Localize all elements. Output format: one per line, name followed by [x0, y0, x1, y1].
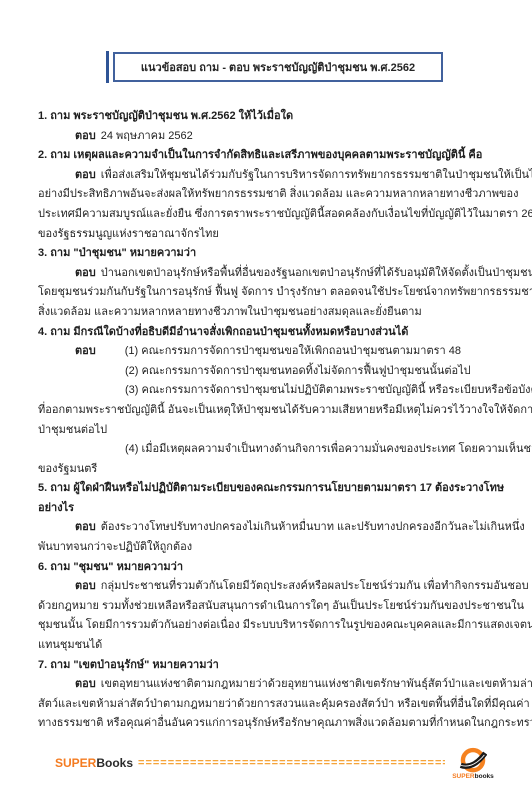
superbooks-logo-text: SUPERbooks: [452, 773, 494, 780]
line-text: ทางธรรมชาติ หรือคุณค่าอื่นอันควรแก่การอน…: [38, 717, 532, 729]
line-text: ด้วยกฎหมาย รวมทั้งช่วยเหลือหรือสนับสนุนก…: [38, 600, 524, 612]
page-footer: SUPERBooks =============================…: [55, 742, 496, 784]
text-line: ตอบต้องระวางโทษปรับทางปกครองไม่เกินห้าหม…: [38, 518, 504, 538]
line-text: ชุมชนนั้น โดยมีการรวมตัวกันอย่างต่อเนื่อ…: [38, 619, 532, 631]
document-title-box: แนวข้อสอบ ถาม - ตอบ พระราชบัญญัติป่าชุมช…: [113, 52, 443, 82]
line-text: 24 พฤษภาคม 2562: [101, 130, 193, 142]
document-page: แนวข้อสอบ ถาม - ตอบ พระราชบัญญัติป่าชุมช…: [0, 0, 532, 798]
answer-label: ตอบ: [75, 169, 96, 181]
document-title: แนวข้อสอบ ถาม - ตอบ พระราชบัญญัติป่าชุมช…: [141, 58, 415, 76]
text-line: ตอบกลุ่มประชาชนที่รวมตัวกันโดยมีวัตถุประ…: [38, 577, 504, 597]
text-line: ตอบเขตอุทยานแห่งชาติตามกฎหมายว่าด้วยอุทย…: [38, 675, 504, 695]
line-text: ของรัฐมนตรี: [38, 463, 97, 475]
document-body: 1. ถาม พระราชบัญญัติป่าชุมชน พ.ศ.2562 ให…: [38, 107, 504, 734]
line-text: 6. ถาม "ชุมชน" หมายความว่า: [38, 561, 183, 573]
footer-separator: ========================================…: [138, 757, 445, 769]
line-text: ประเทศมีความสมบูรณ์และยั่งยืน ซึ่งการตรา…: [38, 208, 532, 220]
text-line: ประเทศมีความสมบูรณ์และยั่งยืน ซึ่งการตรา…: [38, 205, 504, 225]
line-text: ที่ออกตามพระราชบัญญัตินี้ อันจะเป็นเหตุใ…: [38, 404, 532, 416]
line-text: อย่างไร: [38, 502, 74, 514]
line-text: 1. ถาม พระราชบัญญัติป่าชุมชน พ.ศ.2562 ให…: [38, 110, 293, 122]
answer-label: ตอบ: [75, 678, 96, 690]
line-text: สิ่งแวดล้อม และความหลากหลายทางชีวภาพในป่…: [38, 306, 422, 318]
line-text: (2) คณะกรรมการจัดการป่าชุมชนทอดทิ้งไม่จั…: [125, 365, 471, 377]
line-text: (3) คณะกรรมการจัดการป่าชุมชนไม่ปฏิบัติตา…: [125, 384, 532, 396]
text-line: ตอบเพื่อส่งเสริมให้ชุมชนได้ร่วมกับรัฐในก…: [38, 166, 504, 186]
line-text: 5. ถาม ผู้ใดฝ่าฝืนหรือไม่ปฏิบัติตามระเบี…: [38, 482, 504, 494]
text-line: ป่าชุมชนต่อไป: [38, 421, 504, 441]
text-line: สิ่งแวดล้อม และความหลากหลายทางชีวภาพในป่…: [38, 303, 504, 323]
superbooks-logo-icon: [459, 747, 487, 775]
line-text: ต้องระวางโทษปรับทางปกครองไม่เกินห้าหมื่น…: [101, 521, 525, 533]
footer-brand-super: SUPER: [55, 756, 96, 770]
text-line: 7. ถาม "เขตป่าอนุรักษ์" หมายความว่า: [38, 656, 504, 676]
text-line: ของรัฐมนตรี: [38, 460, 504, 480]
line-text: 4. ถาม มีกรณีใดบ้างที่อธิบดีมีอำนาจสั่งเ…: [38, 326, 408, 338]
text-line: ทางธรรมชาติ หรือคุณค่าอื่นอันควรแก่การอน…: [38, 714, 504, 734]
text-line: (3) คณะกรรมการจัดการป่าชุมชนไม่ปฏิบัติตา…: [38, 381, 504, 401]
line-text: อย่างมีประสิทธิภาพอันจะส่งผลให้ทรัพยากรธ…: [38, 188, 519, 200]
line-text: (4) เมื่อมีเหตุผลความจำเป็นทางด้านกิจการ…: [125, 443, 532, 455]
answer-label: ตอบ: [75, 345, 96, 357]
text-line: สัตว์และเขตห้ามล่าสัตว์ป่าตามกฎหมายว่าด้…: [38, 695, 504, 715]
title-change-bar: [106, 51, 109, 83]
text-line: อย่างมีประสิทธิภาพอันจะส่งผลให้ทรัพยากรธ…: [38, 185, 504, 205]
text-line: ชุมชนนั้น โดยมีการรวมตัวกันอย่างต่อเนื่อ…: [38, 616, 504, 636]
text-line: ด้วยกฎหมาย รวมทั้งช่วยเหลือหรือสนับสนุนก…: [38, 597, 504, 617]
text-line: พันบาทจนกว่าจะปฏิบัติให้ถูกต้อง: [38, 538, 504, 558]
line-text: แทนชุมชนได้: [38, 639, 102, 651]
line-text: 3. ถาม "ป่าชุมชน" หมายความว่า: [38, 247, 196, 259]
line-text: 2. ถาม เหตุผลและความจำเป็นในการจำกัดสิทธ…: [38, 149, 482, 161]
line-text: ป่านอกเขตป่าอนุรักษ์หรือพื้นที่อื่นของรั…: [101, 267, 532, 279]
text-line: อย่างไร: [38, 499, 504, 519]
logo-text-books: books: [475, 773, 494, 780]
text-line: ตอบ(1) คณะกรรมการจัดการป่าชุมชนขอให้เพิก…: [38, 342, 504, 362]
text-line: (2) คณะกรรมการจัดการป่าชุมชนทอดทิ้งไม่จั…: [38, 362, 504, 382]
line-text: เขตอุทยานแห่งชาติตามกฎหมายว่าด้วยอุทยานแ…: [101, 678, 532, 690]
text-line: 3. ถาม "ป่าชุมชน" หมายความว่า: [38, 244, 504, 264]
text-line: ของรัฐธรรมนูญแห่งราชอาณาจักรไทย: [38, 225, 504, 245]
superbooks-logo: SUPERbooks: [450, 747, 496, 780]
line-text: เพื่อส่งเสริมให้ชุมชนได้ร่วมกับรัฐในการบ…: [101, 169, 532, 181]
line-text: 7. ถาม "เขตป่าอนุรักษ์" หมายความว่า: [38, 659, 219, 671]
text-line: 4. ถาม มีกรณีใดบ้างที่อธิบดีมีอำนาจสั่งเ…: [38, 323, 504, 343]
text-line: 6. ถาม "ชุมชน" หมายความว่า: [38, 558, 504, 578]
text-line: ตอบ24 พฤษภาคม 2562: [38, 127, 504, 147]
line-text: ของรัฐธรรมนูญแห่งราชอาณาจักรไทย: [38, 228, 219, 240]
text-line: แทนชุมชนได้: [38, 636, 504, 656]
logo-text-super: SUPER: [452, 773, 474, 780]
text-line: 5. ถาม ผู้ใดฝ่าฝืนหรือไม่ปฏิบัติตามระเบี…: [38, 479, 504, 499]
line-text: ป่าชุมชนต่อไป: [38, 424, 107, 436]
answer-label: ตอบ: [75, 130, 96, 142]
text-line: โดยชุมชนร่วมกันกับรัฐในการอนุรักษ์ ฟื้นฟ…: [38, 283, 504, 303]
line-text: พันบาทจนกว่าจะปฏิบัติให้ถูกต้อง: [38, 541, 192, 553]
footer-brand-books: Books: [96, 756, 133, 770]
line-text: สัตว์และเขตห้ามล่าสัตว์ป่าตามกฎหมายว่าด้…: [38, 698, 530, 710]
answer-label: ตอบ: [75, 521, 96, 533]
line-text: กลุ่มประชาชนที่รวมตัวกันโดยมีวัตถุประสงค…: [101, 580, 529, 592]
text-line: 1. ถาม พระราชบัญญัติป่าชุมชน พ.ศ.2562 ให…: [38, 107, 504, 127]
answer-label: ตอบ: [75, 267, 96, 279]
text-line: 2. ถาม เหตุผลและความจำเป็นในการจำกัดสิทธ…: [38, 146, 504, 166]
line-text: (1) คณะกรรมการจัดการป่าชุมชนขอให้เพิกถอน…: [125, 345, 461, 357]
answer-label: ตอบ: [75, 580, 96, 592]
line-text: โดยชุมชนร่วมกันกับรัฐในการอนุรักษ์ ฟื้นฟ…: [38, 286, 532, 298]
footer-brand: SUPERBooks: [55, 756, 133, 770]
text-line: (4) เมื่อมีเหตุผลความจำเป็นทางด้านกิจการ…: [38, 440, 504, 460]
text-line: ที่ออกตามพระราชบัญญัตินี้ อันจะเป็นเหตุใ…: [38, 401, 504, 421]
text-line: ตอบป่านอกเขตป่าอนุรักษ์หรือพื้นที่อื่นขอ…: [38, 264, 504, 284]
